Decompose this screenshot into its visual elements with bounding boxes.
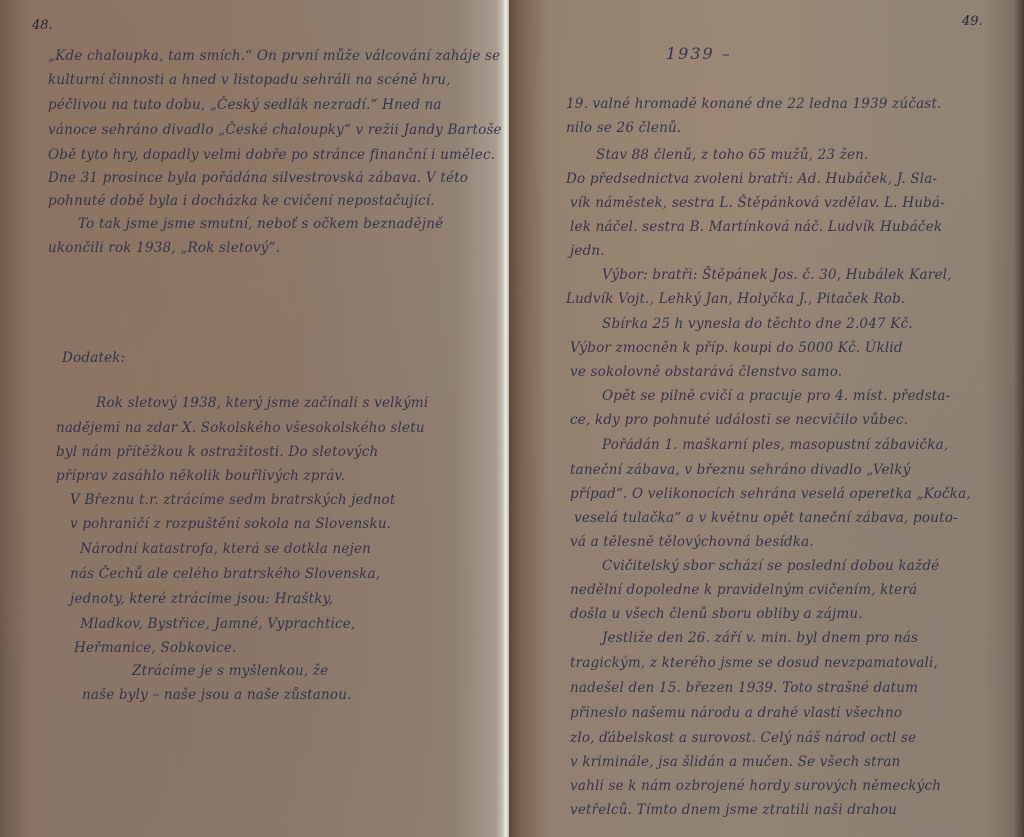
page-number-left: 48. xyxy=(32,18,53,33)
addendum-line: V Březnu t.r. ztrácíme sedm bratrských j… xyxy=(70,492,396,508)
text-line: přineslo našemu národu a drahé vlasti vš… xyxy=(570,705,902,721)
addendum-line: Mladkov, Bystřice, Jamné, Vyprachtice, xyxy=(80,616,356,632)
text-line: Sbírka 25 h vynesla do těchto dne 2.047 … xyxy=(602,316,913,332)
text-line: Obě tyto hry, dopadly velmi dobře po str… xyxy=(48,147,495,163)
text-line: vík náměstek, sestra L. Štěpánková vzděl… xyxy=(570,195,945,211)
text-line: vahli se k nám ozbrojené hordy surových … xyxy=(570,778,941,794)
text-line: Cvičitelský sbor schází se poslední dobo… xyxy=(602,558,939,574)
notebook-spread: 48. „Kde chaloupka, tam smích.“ On první… xyxy=(0,0,1024,837)
notebook-spine xyxy=(503,0,509,837)
text-line: zlo, ďábelskost a surovost. Celý náš nár… xyxy=(570,730,916,746)
text-line: ce, kdy pro pohnuté události se necvičil… xyxy=(570,412,908,428)
text-line: lek náčel. sestra B. Martínková náč. Lud… xyxy=(570,219,942,235)
addendum-line: Národní katastrofa, která se dotkla neje… xyxy=(80,541,371,557)
addendum-line: Ztrácíme je s myšlenkou, že xyxy=(132,663,328,679)
text-line: To tak jsme jsme smutní, neboť s očkem b… xyxy=(78,216,443,232)
text-line: Do předsednictva zvoleni bratři: Ad. Hub… xyxy=(566,171,937,187)
right-page: 49. 1939 – 19. valné hromadě konané dne … xyxy=(506,0,1024,837)
addendum-line: jednoty, které ztrácíme jsou: Hraštky, xyxy=(70,591,333,607)
text-line: vetřelců. Tímto dnem jsme ztratili naši … xyxy=(570,802,897,818)
text-line: tragickým, z kterého jsme se dosud nevzp… xyxy=(570,655,938,671)
text-line: péčlivou na tuto dobu, „Český sedlák nez… xyxy=(48,97,442,113)
text-line: případ“. O velikonocích sehrána veselá o… xyxy=(570,486,971,502)
text-line: Výbor zmocněn k příp. koupi do 5000 Kč. … xyxy=(570,340,903,356)
text-line: ukončili rok 1938, „Rok sletový“. xyxy=(48,240,280,256)
text-line: pohnuté době byla i docházka ke cvičení … xyxy=(48,193,435,209)
text-line: Jestliže den 26. září v. min. byl dnem p… xyxy=(602,630,918,646)
left-page: 48. „Kde chaloupka, tam smích.“ On první… xyxy=(0,0,506,837)
text-line: Pořádán 1. maškarní ples, masopustní záb… xyxy=(602,437,948,453)
addendum-line: Rok sletový 1938, který jsme začínali s … xyxy=(96,395,428,411)
addendum-line: nadějemi na zdar X. Sokolského všesokols… xyxy=(56,420,425,436)
text-line: 19. valné hromadě konané dne 22 ledna 19… xyxy=(566,96,942,112)
text-line: došla u všech členů sboru obliby a zájmu… xyxy=(570,606,863,622)
text-line: veselá tulačka“ a v květnu opět taneční … xyxy=(574,510,958,526)
text-line: vá a tělesně tělovýchovná besídka. xyxy=(570,534,814,550)
addendum-line: naše byly – naše jsou a naše zůstanou. xyxy=(82,687,352,703)
year-heading: 1939 – xyxy=(666,44,732,63)
text-line: ve sokolovně obstarává členstvo samo. xyxy=(570,364,842,380)
text-line: Ludvík Vojt., Lehký Jan, Holyčka J., Pit… xyxy=(566,291,905,307)
text-line: Výbor: bratři: Štěpánek Jos. č. 30, Hubá… xyxy=(602,267,952,283)
addendum-line: Heřmanice, Sobkovice. xyxy=(74,640,237,656)
text-line: jedn. xyxy=(570,243,605,259)
text-line: nadešel den 15. březen 1939. Toto strašn… xyxy=(570,680,918,696)
addendum-line: příprav zasáhlo několik bouřlivých zpráv… xyxy=(56,468,345,484)
text-line: nilo se 26 členů. xyxy=(566,120,681,136)
text-line: nedělní dopoledne k pravidelným cvičením… xyxy=(570,582,917,598)
text-line: taneční zábava, v březnu sehráno divadlo… xyxy=(570,462,910,478)
addendum-line: v pohraničí z rozpuštění sokola na Slove… xyxy=(70,516,391,532)
addendum-line: byl nám přítěžkou k ostražitosti. Do sle… xyxy=(56,444,378,460)
text-line: vánoce sehráno divadlo „České chaloupky“… xyxy=(48,122,506,138)
text-line: v kriminále, jsa šlidán a mučen. Se všec… xyxy=(570,754,901,770)
text-line: Dne 31 prosince byla pořádána silvestrov… xyxy=(48,170,468,186)
page-number-right: 49. xyxy=(962,14,983,29)
addendum-line: nás Čechů ale celého bratrského Slovensk… xyxy=(70,566,380,582)
addendum-title: Dodatek: xyxy=(62,350,125,366)
text-line: Stav 88 členů, z toho 65 mužů, 23 žen. xyxy=(596,147,869,163)
text-line: kulturní činnosti a hned v listopadu seh… xyxy=(48,72,451,88)
text-line: „Kde chaloupka, tam smích.“ On první můž… xyxy=(48,48,500,64)
text-line: Opět se pilně cvičí a pracuje pro 4. mís… xyxy=(602,388,950,404)
